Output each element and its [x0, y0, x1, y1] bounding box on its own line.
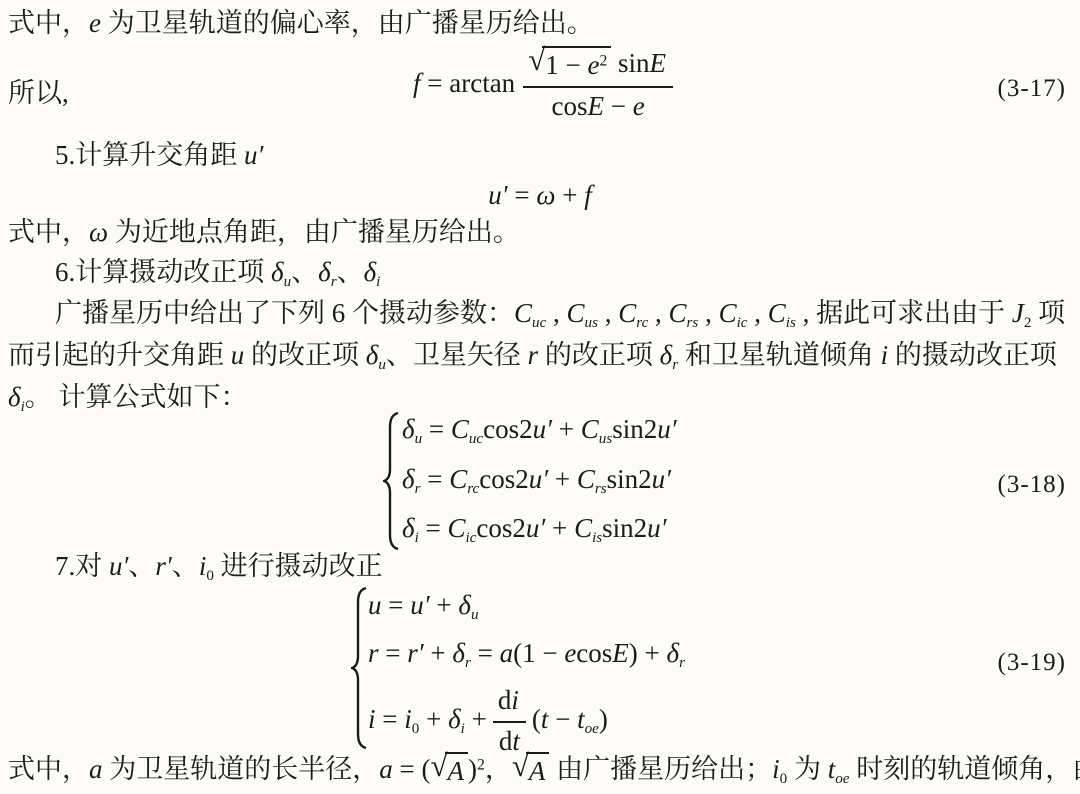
para-perturbation-params-line2: 而引起的升交角距 u 的改正项 δu、卫星矢径 r 的改正项 δr 和卫星轨道倾…	[8, 340, 1057, 375]
radical: √A	[430, 752, 468, 788]
radical: √1 − e2	[528, 46, 611, 82]
text-segment: u	[368, 590, 382, 620]
text-segment: 时刻的轨道倾角，由	[850, 754, 1080, 784]
text-segment: 6.计算摄动改正项	[55, 257, 271, 287]
text-segment: cos	[552, 91, 588, 121]
text-segment: 和卫星轨道倾角	[678, 340, 881, 370]
text-segment: −	[548, 704, 577, 734]
equation-319: u = u′ + δu r = r′ + δr = a(1 − ecosE) +…	[368, 590, 685, 758]
text-segment: 5.计算升交角距	[55, 140, 244, 170]
text-segment: f	[584, 180, 592, 210]
fraction-denominator: cosE − e	[552, 88, 645, 123]
heading-step7: 7.对 u′、r′、i0 进行摄动改正	[55, 551, 383, 586]
text-segment: u	[231, 340, 245, 370]
fraction-numerator: di	[493, 685, 526, 723]
text-segment: =	[471, 638, 500, 668]
text-segment: u′	[652, 464, 671, 494]
text-segment: δ	[448, 704, 461, 734]
text-segment: 进行摄动改正	[214, 551, 383, 581]
text-segment: +	[548, 464, 577, 494]
text-segment: t	[577, 704, 585, 734]
equation-318-line2: δr = Crccos2u′ + Crssin2u′	[402, 464, 677, 499]
text-segment: A	[529, 756, 546, 786]
text-segment: δ	[402, 513, 415, 543]
text-segment: uc	[469, 431, 483, 447]
text-segment: is	[592, 530, 602, 546]
text-segment: e	[587, 50, 599, 80]
equation-319-line1: u = u′ + δu	[368, 590, 685, 625]
text-segment: ,	[796, 298, 816, 328]
text-segment: 、	[172, 551, 199, 581]
text-segment: δ	[402, 464, 415, 494]
text-segment: 2	[477, 756, 485, 773]
text-segment: u	[471, 607, 479, 623]
text-segment: ic	[466, 530, 477, 546]
text-segment: d	[498, 685, 512, 715]
text-segment: δ	[660, 340, 673, 370]
text-segment: 广播星历中给出了下列 6 个摄动参数：	[55, 298, 514, 328]
text-segment: δ	[366, 340, 379, 370]
text-segment: 、卫星矢径	[386, 340, 528, 370]
text-segment: E	[612, 638, 629, 668]
text-segment: 1 −	[545, 50, 587, 80]
text-segment: C	[719, 298, 737, 328]
text-segment: =	[382, 590, 411, 620]
text-segment: +	[424, 638, 453, 668]
text-segment: 7.对	[55, 551, 109, 581]
text-segment: 式中，	[8, 754, 89, 784]
text-segment: =	[376, 704, 405, 734]
text-segment: 式中，	[8, 8, 89, 38]
text-segment: r	[368, 638, 379, 668]
text-segment: 、	[128, 551, 155, 581]
text-segment: u′	[244, 140, 263, 170]
text-segment: 由广播星历给出；	[549, 754, 772, 784]
text-segment: 为	[787, 754, 828, 784]
page-container: 式中，e 为卫星轨道的偏心率，由广播星历给出。 所以, f = arctan √…	[0, 0, 1080, 794]
para-perturbation-params-line3: δi。 计算公式如下：	[8, 382, 248, 417]
heading-step6: 6.计算摄动改正项 δu、δr、δi	[55, 257, 380, 292]
radical-content: 1 − e2	[542, 46, 611, 82]
text-segment: δ	[458, 590, 471, 620]
text-segment: 、	[291, 257, 318, 287]
equation-label-318: (3-18)	[998, 470, 1066, 500]
text-segment: i	[368, 704, 376, 734]
text-segment: 据此可求出由于	[816, 298, 1012, 328]
text-segment: ,	[747, 298, 767, 328]
text-segment: 式中，	[8, 217, 89, 247]
equation-318: δu = Cuccos2u′ + Cussin2u′ δr = Crccos2u…	[402, 414, 677, 548]
text-segment: A	[448, 756, 465, 786]
eq319-brace-icon	[351, 586, 369, 750]
equation-318-line1: δu = Cuccos2u′ + Cussin2u′	[402, 414, 677, 449]
text-segment: =	[422, 414, 451, 444]
text-segment: r	[679, 655, 685, 671]
text-segment: rs	[687, 315, 699, 331]
text-segment: f	[413, 68, 421, 98]
text-segment: r	[528, 340, 539, 370]
text-segment: ) +	[629, 638, 667, 668]
text-segment: J	[1012, 298, 1024, 328]
text-segment: u′	[109, 551, 128, 581]
text-segment: δ	[271, 257, 284, 287]
text-segment: sin2	[602, 513, 647, 543]
equation-318-line3: δi = Ciccos2u′ + Cissin2u′	[402, 513, 677, 548]
text-segment: u′	[526, 513, 545, 543]
text-segment: r′	[155, 551, 171, 581]
text-segment: e	[89, 8, 101, 38]
text-segment: −	[604, 91, 633, 121]
text-segment: +	[430, 590, 459, 620]
text-segment: E	[650, 48, 667, 78]
text-segment: a	[500, 638, 514, 668]
text-segment: E	[588, 91, 605, 121]
fraction-numerator: √1 − e2 sinE	[523, 46, 673, 88]
text-segment: +	[555, 180, 584, 210]
text-segment: ω	[536, 180, 555, 210]
text-segment: =	[420, 464, 449, 494]
text-segment: e	[633, 91, 645, 121]
text-segment: C	[567, 298, 585, 328]
text-segment: cos	[576, 638, 612, 668]
equation-label-319: (3-19)	[998, 648, 1066, 678]
text-segment: +	[465, 704, 487, 734]
text-segment: δ	[364, 257, 377, 287]
radical-sign-icon: √	[512, 750, 529, 781]
text-segment: C	[574, 513, 592, 543]
text-segment: (1 −	[513, 638, 564, 668]
text-segment: = arctan	[421, 68, 516, 98]
text-segment: sin2	[612, 414, 657, 444]
text-segment: )	[468, 754, 477, 784]
text-segment: 为近地点角距，由广播星历给出。	[108, 217, 520, 247]
text-segment: cos2	[476, 513, 526, 543]
text-segment: δ	[8, 382, 21, 412]
text-segment: 项	[1031, 298, 1065, 328]
text-segment: C	[669, 298, 687, 328]
text-segment: rs	[595, 481, 607, 497]
text-segment: i	[881, 340, 889, 370]
radical-content: A	[526, 752, 550, 788]
text-segment: us	[599, 431, 612, 447]
text-segment: sin2	[607, 464, 652, 494]
equation-u-prime: u′ = ω + f	[0, 180, 1080, 212]
text-segment: r′	[407, 638, 423, 668]
text-segment: C	[449, 464, 467, 494]
text-segment: ,	[648, 298, 668, 328]
text-segment: δ	[667, 638, 680, 668]
text-segment: u′	[410, 590, 429, 620]
text-segment: oe	[585, 721, 599, 737]
text-segment: i	[772, 754, 780, 784]
equation-317: f = arctan √1 − e2 sinE cosE − e	[413, 46, 673, 123]
text-segment: 2	[599, 52, 607, 69]
text-segment: 。 计算公式如下：	[25, 382, 248, 412]
text-segment: =	[508, 180, 537, 210]
text-segment: 的改正项	[538, 340, 660, 370]
radical-sign-icon: √	[528, 44, 545, 75]
text-segment: = (	[393, 754, 431, 784]
text-segment: 的改正项	[244, 340, 366, 370]
text-segment: C	[581, 414, 599, 444]
text-segment: u	[415, 431, 423, 447]
para-omega-definition: 式中，ω 为近地点角距，由广播星历给出。	[8, 217, 520, 249]
equation-319-line3-tail: (t − toe)	[532, 704, 608, 739]
formula-317-intro: 所以,	[8, 78, 69, 110]
text-segment: rc	[467, 481, 479, 497]
text-segment: i	[404, 704, 412, 734]
text-segment: 为卫星轨道的长半径，	[103, 754, 380, 784]
text-segment: +	[545, 513, 574, 543]
text-segment: i	[376, 274, 380, 290]
text-segment: u	[284, 274, 292, 290]
text-segment: 的摄动改正项	[888, 340, 1057, 370]
text-segment: C	[451, 414, 469, 444]
text-segment: =	[419, 513, 448, 543]
para-e-definition: 式中，e 为卫星轨道的偏心率，由广播星历给出。	[8, 8, 594, 40]
text-segment: ,	[598, 298, 618, 328]
text-segment: rc	[636, 315, 648, 331]
text-segment: i	[511, 685, 519, 715]
equation-317-lead: f = arctan	[413, 68, 515, 100]
para-perturbation-params-line1: 广播星历中给出了下列 6 个摄动参数：Cuc , Cus , Crc , Crs…	[55, 298, 1065, 333]
text-segment: ，	[485, 754, 512, 784]
para-a-definition: 式中，a 为卫星轨道的长半径，a = (√A)2，√A 由广播星历给出；i0 为…	[8, 752, 1080, 789]
equation-319-line3-lead: i = i0 + δi +	[368, 704, 487, 739]
text-segment: C	[514, 298, 532, 328]
radical: √A	[512, 752, 550, 788]
text-segment: u′	[533, 414, 552, 444]
radical-sign-icon: √	[430, 750, 447, 781]
radical-content: A	[445, 752, 469, 788]
equation-label-317: (3-17)	[998, 74, 1066, 104]
text-segment: δ	[318, 257, 331, 287]
text-segment: ic	[737, 315, 748, 331]
text-segment: is	[786, 315, 796, 331]
eq318-brace-icon	[383, 411, 401, 551]
text-segment: u′	[657, 414, 676, 444]
text-segment: us	[585, 315, 598, 331]
text-segment: sin	[611, 48, 649, 78]
heading-step5: 5.计算升交角距 u′	[55, 140, 263, 172]
text-segment: 为卫星轨道的偏心率，由广播星历给出。	[101, 8, 594, 38]
text-segment: cos2	[479, 464, 529, 494]
text-segment: ,	[546, 298, 566, 328]
text-segment: uc	[532, 315, 546, 331]
text-segment: +	[419, 704, 448, 734]
text-segment: oe	[835, 771, 849, 787]
text-segment: C	[618, 298, 636, 328]
equation-317-fraction: √1 − e2 sinE cosE − e	[523, 46, 673, 123]
text-segment: 、	[337, 257, 364, 287]
text-segment: a	[379, 754, 393, 784]
text-segment: =	[379, 638, 408, 668]
text-segment: u′	[488, 180, 507, 210]
text-segment: (	[532, 704, 541, 734]
text-segment: δ	[452, 638, 465, 668]
text-segment: a	[89, 754, 103, 784]
text-segment: )	[599, 704, 608, 734]
equation-319-line2: r = r′ + δr = a(1 − ecosE) + δr	[368, 638, 685, 673]
text-segment: δ	[402, 414, 415, 444]
text-segment: ,	[698, 298, 718, 328]
text-segment: C	[768, 298, 786, 328]
text-segment: u′	[529, 464, 548, 494]
text-segment: ω	[89, 217, 108, 247]
text-segment: C	[448, 513, 466, 543]
text-segment: 而引起的升交角距	[8, 340, 231, 370]
text-segment: cos2	[483, 414, 533, 444]
text-segment: u′	[647, 513, 666, 543]
text-segment: 0	[206, 568, 214, 584]
text-segment: u	[378, 357, 386, 373]
text-segment: C	[577, 464, 595, 494]
text-segment: e	[564, 638, 576, 668]
text-segment: +	[552, 414, 581, 444]
